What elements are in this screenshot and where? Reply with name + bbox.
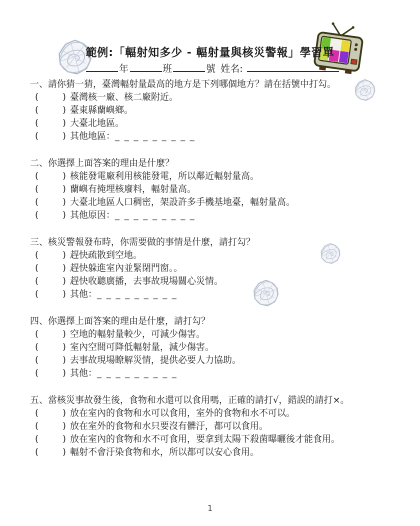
option-row: ()臺灣核一廠、核二廠附近。 [35,92,392,105]
option-row: ()放在室外的食物和水只要沒有髒汙，都可以食用。 [35,421,392,434]
answer-checkbox[interactable] [39,178,63,179]
paren-close: ) [63,263,67,276]
answer-blank-line[interactable]: _ _ _ _ _ _ _ _ _ [97,369,177,379]
paren-close: ) [63,355,67,368]
option-text: 室內空間可降低輻射量，減少傷害。 [70,343,214,353]
answer-checkbox[interactable] [39,336,63,337]
paren-close: ) [63,250,67,263]
option-row: ()放在室內的食物和水不可食用，要拿到太陽下殺菌曝曬後才能食用。 [35,434,392,447]
answer-checkbox[interactable] [39,375,63,376]
option-text: 趕快疏散到空地。 [70,251,142,261]
answer-checkbox[interactable] [39,349,63,350]
question-header: 四、你選擇上面答案的理由是什麼，請打勾？ [30,316,392,329]
question-5: 五、當核災事故發生後，食物和水還可以食用嗎，正確的請打√，錯誤的請打×。 ()放… [30,395,392,460]
answer-checkbox[interactable] [39,428,63,429]
option-text: 其他原因： [70,211,115,221]
class-label: 班 [163,64,173,75]
question-header: 五、當核災事故發生後，食物和水還可以食用嗎，正確的請打√，錯誤的請打×。 [30,395,392,408]
option-text: 放在室內的食物和水可以食用，室外的食物和水不可以。 [70,409,295,419]
name-label: 姓名: [221,64,243,75]
answer-checkbox[interactable] [39,112,63,113]
option-row: ()放在室內的食物和水可以食用，室外的食物和水不可以。 [35,408,392,421]
paren-close: ) [63,329,67,342]
option-row: ()去事故現場瞭解災情，提供必要人力協助。 [35,355,392,368]
answer-checkbox[interactable] [39,138,63,139]
question-header: 二、你選擇上面答案的理由是什麼？ [30,158,392,171]
option-row: ()其他地區：_ _ _ _ _ _ _ _ _ [35,131,392,144]
option-row: ()臺東縣蘭嶼鄉。 [35,105,392,118]
option-text: 空地的輻射量較少，可減少傷害。 [70,330,205,340]
option-text: 趕快躲進室內並緊閉門窗。。 [70,264,183,274]
student-info-line: 年班號 姓名: [86,61,339,75]
question-header: 三、核災警報發布時，你需要做的事情是什麼，請打勾？ [30,237,392,250]
option-row: ()趕快躲進室內並緊閉門窗。。 [35,263,392,276]
answer-checkbox[interactable] [39,204,63,205]
page-title: 範例:「輻射知多少 - 輻射量與核災警報」學習單 [0,44,420,60]
paren-close: ) [63,342,67,355]
option-row: ()蘭嶼有掩埋核廢料，輻射量高。 [35,184,392,197]
option-row: ()其他：_ _ _ _ _ _ _ _ _ [35,368,392,381]
option-text: 趕快收聽廣播，去事故現場關心災情。 [70,277,223,287]
answer-checkbox[interactable] [39,296,63,297]
option-row: ()趕快收聽廣播，去事故現場關心災情。 [35,276,392,289]
paren-close: ) [63,210,67,223]
paren-close: ) [63,118,67,131]
option-text: 放在室內的食物和水不可食用，要拿到太陽下殺菌曝曬後才能食用。 [70,435,340,445]
answer-checkbox[interactable] [39,454,63,455]
answer-checkbox[interactable] [39,415,63,416]
option-row: ()輻射不會汙染食物和水，所以都可以安心食用。 [35,447,392,460]
option-row: ()其他原因：_ _ _ _ _ _ _ _ _ [35,210,392,223]
answer-checkbox[interactable] [39,191,63,192]
option-row: ()大臺北地區人口稠密，架設許多手機基地臺，輻射量高。 [35,197,392,210]
option-text: 其他地區： [70,132,115,142]
paren-close: ) [63,197,67,210]
paren-close: ) [63,184,67,197]
answer-blank-line[interactable]: _ _ _ _ _ _ _ _ _ [115,211,195,221]
option-text: 去事故現場瞭解災情，提供必要人力協助。 [70,356,241,366]
answer-checkbox[interactable] [39,362,63,363]
answer-blank-line[interactable]: _ _ _ _ _ _ _ _ _ [115,132,195,142]
answer-checkbox[interactable] [39,217,63,218]
paren-close: ) [63,368,67,381]
paren-close: ) [63,92,67,105]
name-blank[interactable] [247,62,339,72]
paren-close: ) [63,131,67,144]
paren-close: ) [63,434,67,447]
option-row: ()空地的輻射量較少，可減少傷害。 [35,329,392,342]
answer-checkbox[interactable] [39,270,63,271]
paren-close: ) [63,447,67,460]
question-2: 二、你選擇上面答案的理由是什麼？ ()核能發電廠利用核能發電，所以鄰近輻射量高。… [30,158,392,223]
class-blank[interactable] [130,62,162,72]
option-row: ()大臺北地區。 [35,118,392,131]
worksheet-page: 範例:「輻射知多少 - 輻射量與核災警報」學習單 年班號 姓名: 一、請你猜一猜… [0,0,420,526]
question-4: 四、你選擇上面答案的理由是什麼，請打勾？ ()空地的輻射量較少，可減少傷害。 (… [30,316,392,381]
option-text: 大臺北地區人口稠密，架設許多手機基地臺，輻射量高。 [70,198,295,208]
option-row: ()趕快疏散到空地。 [35,250,392,263]
option-text: 輻射不會汙染食物和水，所以都可以安心食用。 [70,448,259,458]
option-text: 其他： [70,369,97,379]
option-text: 臺灣核一廠、核二廠附近。 [70,93,178,103]
paren-close: ) [63,289,67,302]
year-blank[interactable] [86,62,118,72]
number-label: 號 [206,64,216,75]
question-header: 一、請你猜一猜，臺灣輻射量最高的地方是下列哪個地方？請在括號中打勾。 [30,79,392,92]
option-text: 蘭嶼有掩埋核廢料，輻射量高。 [70,185,196,195]
question-1: 一、請你猜一猜，臺灣輻射量最高的地方是下列哪個地方？請在括號中打勾。 ()臺灣核… [30,79,392,144]
paren-close: ) [63,105,67,118]
option-row: ()核能發電廠利用核能發電，所以鄰近輻射量高。 [35,171,392,184]
option-text: 臺東縣蘭嶼鄉。 [70,106,133,116]
paren-close: ) [63,171,67,184]
answer-checkbox[interactable] [39,283,63,284]
answer-checkbox[interactable] [39,257,63,258]
option-text: 放在室外的食物和水只要沒有髒汙，都可以食用。 [70,422,268,432]
page-number: 1 [0,504,420,513]
option-text: 其他： [70,290,97,300]
option-row: ()室內空間可降低輻射量，減少傷害。 [35,342,392,355]
worksheet-body: 一、請你猜一猜，臺灣輻射量最高的地方是下列哪個地方？請在括號中打勾。 ()臺灣核… [30,79,392,474]
option-text: 大臺北地區。 [70,119,124,129]
paren-close: ) [63,408,67,421]
paren-close: ) [63,276,67,289]
answer-blank-line[interactable]: _ _ _ _ _ _ _ _ _ [97,290,177,300]
question-3: 三、核災警報發布時，你需要做的事情是什麼，請打勾？ ()趕快疏散到空地。 ()趕… [30,237,392,302]
answer-checkbox[interactable] [39,99,63,100]
answer-checkbox[interactable] [39,441,63,442]
option-text: 核能發電廠利用核能發電，所以鄰近輻射量高。 [70,172,259,182]
paren-close: ) [63,421,67,434]
answer-checkbox[interactable] [39,125,63,126]
option-row: ()其他：_ _ _ _ _ _ _ _ _ [35,289,392,302]
number-blank[interactable] [173,62,205,72]
year-label: 年 [119,64,129,75]
